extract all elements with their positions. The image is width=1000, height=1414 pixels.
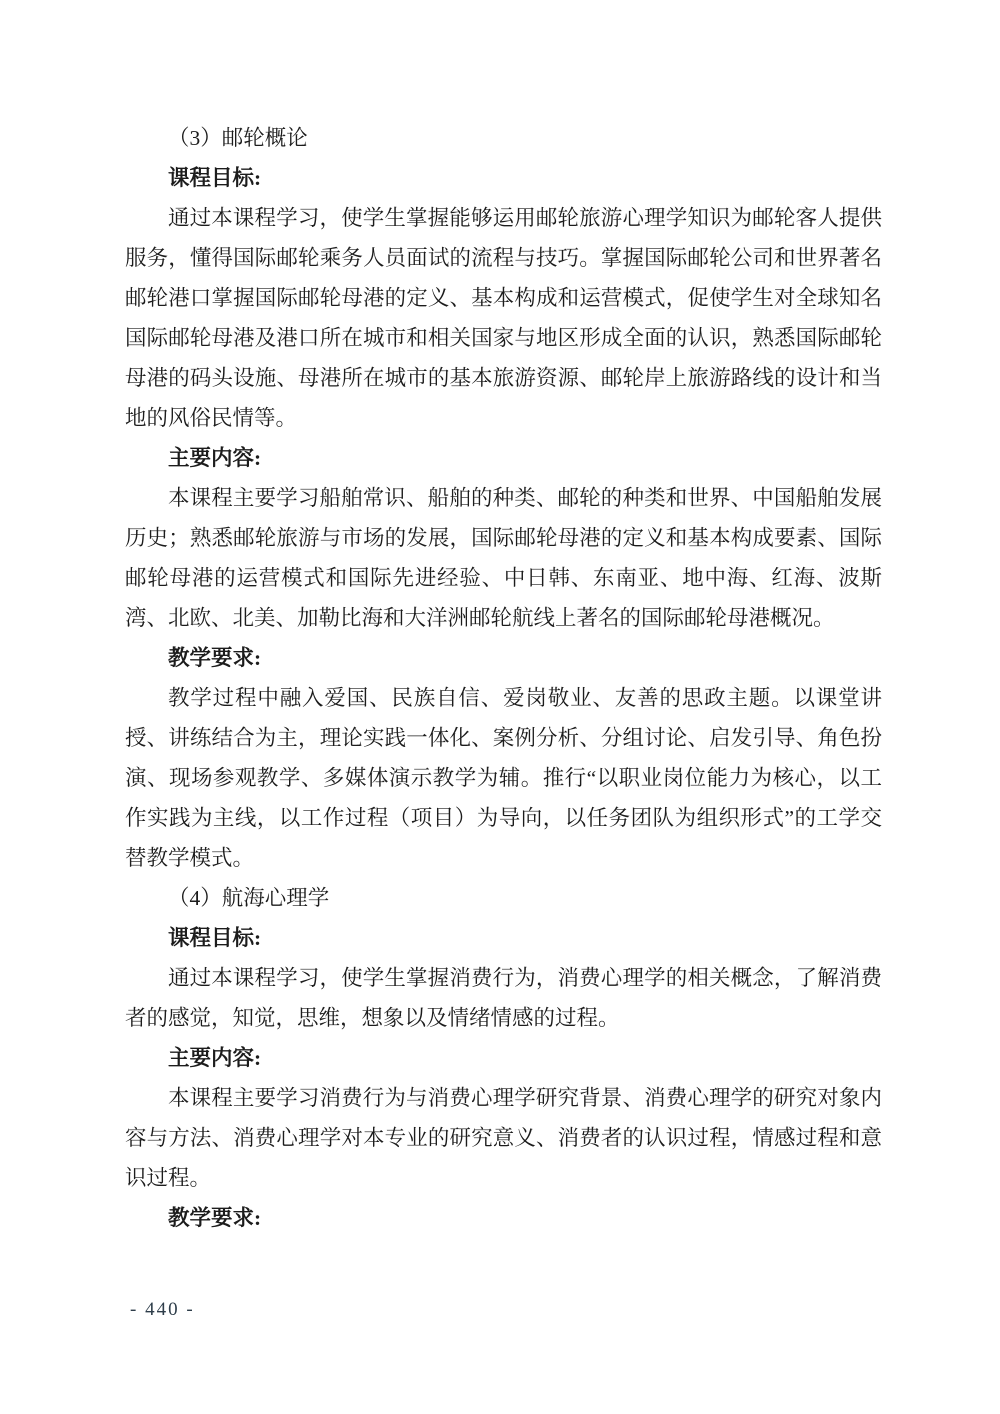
page-number: - 440 - [130, 1295, 195, 1325]
main-content-paragraph: 本课程主要学习船舶常识、船舶的种类、邮轮的种类和世界、中国船舶发展历史；熟悉邮轮… [125, 478, 882, 638]
main-content-title: 主要内容: [125, 1038, 882, 1078]
course-goal-paragraph: 通过本课程学习，使学生掌握能够运用邮轮旅游心理学知识为邮轮客人提供服务，懂得国际… [125, 198, 882, 438]
course-goal-title: 课程目标: [125, 918, 882, 958]
main-content-title: 主要内容: [125, 438, 882, 478]
course-goal-paragraph: 通过本课程学习，使学生掌握消费行为，消费心理学的相关概念，了解消费者的感觉，知觉… [125, 958, 882, 1038]
teaching-requirements-title: 教学要求: [125, 638, 882, 678]
course-section-cruise-overview: （3）邮轮概论 课程目标: 通过本课程学习，使学生掌握能够运用邮轮旅游心理学知识… [125, 118, 882, 878]
course-item-heading: （3）邮轮概论 [125, 118, 882, 158]
document-body: （3）邮轮概论 课程目标: 通过本课程学习，使学生掌握能够运用邮轮旅游心理学知识… [125, 118, 882, 1238]
course-section-maritime-psychology: （4）航海心理学 课程目标: 通过本课程学习，使学生掌握消费行为，消费心理学的相… [125, 878, 882, 1238]
teaching-requirements-paragraph: 教学过程中融入爱国、民族自信、爱岗敬业、友善的思政主题。以课堂讲授、讲练结合为主… [125, 678, 882, 878]
course-goal-title: 课程目标: [125, 158, 882, 198]
teaching-requirements-title: 教学要求: [125, 1198, 882, 1238]
document-page: （3）邮轮概论 课程目标: 通过本课程学习，使学生掌握能够运用邮轮旅游心理学知识… [0, 0, 1000, 1414]
main-content-paragraph: 本课程主要学习消费行为与消费心理学研究背景、消费心理学的研究对象内容与方法、消费… [125, 1078, 882, 1198]
course-item-heading: （4）航海心理学 [125, 878, 882, 918]
